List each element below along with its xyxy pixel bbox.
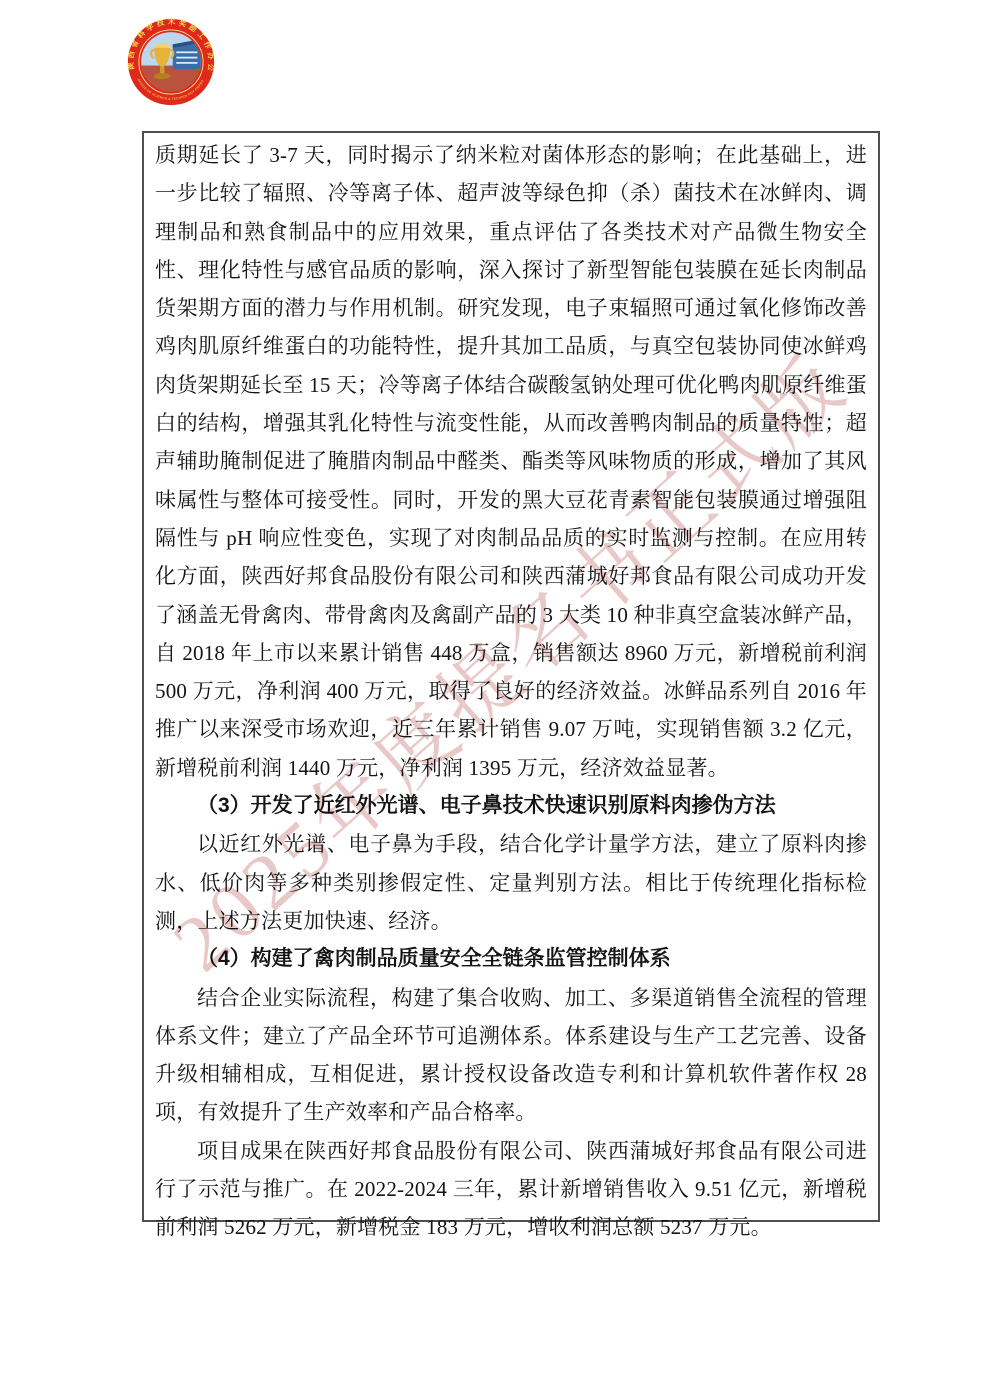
- paragraph-promotion-results: 项目成果在陕西好邦食品股份有限公司、陕西蒲城好邦食品有限公司进行了示范与推广。在…: [155, 1132, 867, 1247]
- heading-item-3: （3）开发了近红外光谱、电子鼻技术快速识别原料肉掺伪方法: [155, 787, 867, 825]
- seal-graphic: 陕西省科学技术奖励工作办公室 OFFICE OF SCIENCE & TECHN…: [127, 18, 215, 106]
- seal-center-image: [141, 32, 201, 92]
- agency-seal-logo: 陕西省科学技术奖励工作办公室 OFFICE OF SCIENCE & TECHN…: [127, 18, 215, 106]
- paragraph-supervision-system: 结合企业实际流程，构建了集合收购、加工、多渠道销售全流程的管理体系文件；建立了产…: [155, 979, 867, 1132]
- paragraph-achievements-continued: 质期延长了 3-7 天，同时揭示了纳米粒对菌体形态的影响；在此基础上，进一步比较…: [155, 136, 867, 787]
- heading-item-4: （4）构建了禽肉制品质量安全全链条监管控制体系: [155, 940, 867, 978]
- paragraph-adulteration-method: 以近红外光谱、电子鼻为手段，结合化学计量学方法，建立了原料肉掺水、低价肉等多种类…: [155, 825, 867, 940]
- document-body-cell: 质期延长了 3-7 天，同时揭示了纳米粒对菌体形态的影响；在此基础上，进一步比较…: [142, 131, 880, 1222]
